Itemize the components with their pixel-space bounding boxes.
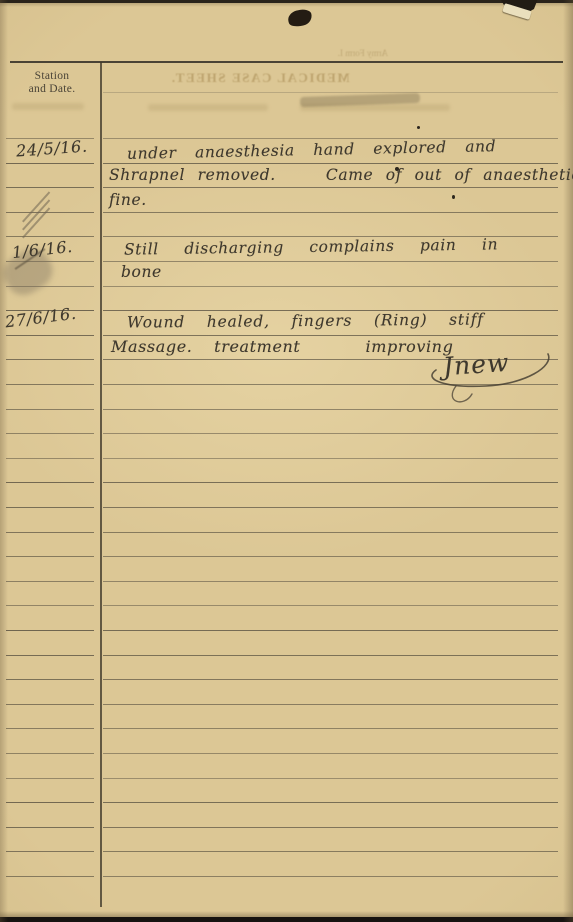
ruled-line (103, 778, 558, 779)
header-top-rule (10, 61, 563, 63)
bleedthrough-title: MEDICAL CASE SHEET. (158, 70, 362, 86)
ruled-line (103, 532, 558, 533)
entry-2-date: 1/6/16. (11, 237, 73, 262)
ruled-line (103, 605, 558, 606)
entry-2-text-line: bone (121, 263, 162, 281)
ruled-line (103, 335, 558, 336)
ruled-line (6, 778, 94, 779)
ruled-line (103, 827, 558, 828)
entry-1-text-line: Shrapnel removed. Came of out of anaesth… (109, 166, 573, 184)
pencil-scribble (16, 198, 58, 234)
ruled-line (6, 827, 94, 828)
ruled-line (103, 261, 558, 262)
ruled-line (6, 236, 94, 237)
ruled-line (6, 728, 94, 729)
station-date-label-line1: Station (0, 70, 104, 83)
ruled-line (103, 187, 558, 188)
ruled-line (103, 655, 558, 656)
signature-flourish (398, 344, 558, 408)
ruled-line (103, 704, 558, 705)
medical-case-sheet-page: MEDICAL CASE SHEET. Army Form I. Station… (0, 0, 573, 922)
ruled-line (103, 482, 558, 483)
ruled-line (6, 532, 94, 533)
station-date-label-line2: and Date. (0, 83, 104, 96)
ruled-line (6, 335, 94, 336)
ruled-line (103, 409, 558, 410)
ruled-line (6, 556, 94, 557)
ruled-line (103, 286, 558, 287)
ruled-line (6, 630, 94, 631)
ruled-line (103, 433, 558, 434)
paper-edge-right (563, 0, 573, 922)
ruled-line (6, 507, 94, 508)
ruled-line (6, 605, 94, 606)
ruled-line (6, 359, 94, 360)
ruled-line (6, 851, 94, 852)
ruled-line (103, 581, 558, 582)
entry-2-text-line: Still discharging complains pain in (124, 235, 498, 258)
ruled-line (6, 409, 94, 410)
ruled-line (103, 556, 558, 557)
ruled-line (6, 482, 94, 483)
ruled-line (103, 507, 558, 508)
entry-1-text-line: under anaesthesia hand explored and (127, 137, 497, 163)
scan-edge-top-shadow (0, 3, 573, 7)
ruled-line (103, 630, 558, 631)
ruled-line (103, 679, 558, 680)
ruled-line (103, 876, 558, 877)
ruled-line (103, 728, 558, 729)
ruled-line (6, 876, 94, 877)
entry-3-text-line: Wound healed, fingers (Ring) stiff (127, 310, 484, 331)
ruled-line (103, 753, 558, 754)
ruled-line (6, 802, 94, 803)
bleedthrough-streak (12, 103, 84, 110)
ruled-line (6, 163, 94, 164)
ruled-line (6, 187, 94, 188)
entry-3-date: 27/6/16. (4, 304, 77, 332)
ink-dot (417, 126, 420, 129)
ruled-line (103, 851, 558, 852)
ink-dot (452, 195, 455, 199)
punch-hole (286, 7, 313, 28)
scan-edge-bottom (0, 917, 573, 922)
ruled-line (6, 384, 94, 385)
ruled-line (103, 212, 558, 213)
ruled-line (6, 458, 94, 459)
scan-edge-bottom-shadow (0, 911, 573, 917)
station-date-header: Station and Date. (0, 70, 104, 96)
header-underline (103, 92, 558, 93)
entry-1-text-line: fine. (109, 191, 147, 209)
ruled-line (103, 458, 558, 459)
column-divider (100, 62, 102, 907)
bleedthrough-form-label: Army Form I. (318, 48, 388, 58)
ruled-line (6, 704, 94, 705)
ruled-line (103, 802, 558, 803)
ruled-line (6, 679, 94, 680)
bleedthrough-streak (148, 104, 268, 111)
entry-1-date: 24/5/16. (15, 137, 88, 161)
ruled-line (6, 581, 94, 582)
ruled-line (6, 655, 94, 656)
ruled-line (6, 433, 94, 434)
ruled-line (103, 163, 558, 164)
ruled-line (6, 753, 94, 754)
